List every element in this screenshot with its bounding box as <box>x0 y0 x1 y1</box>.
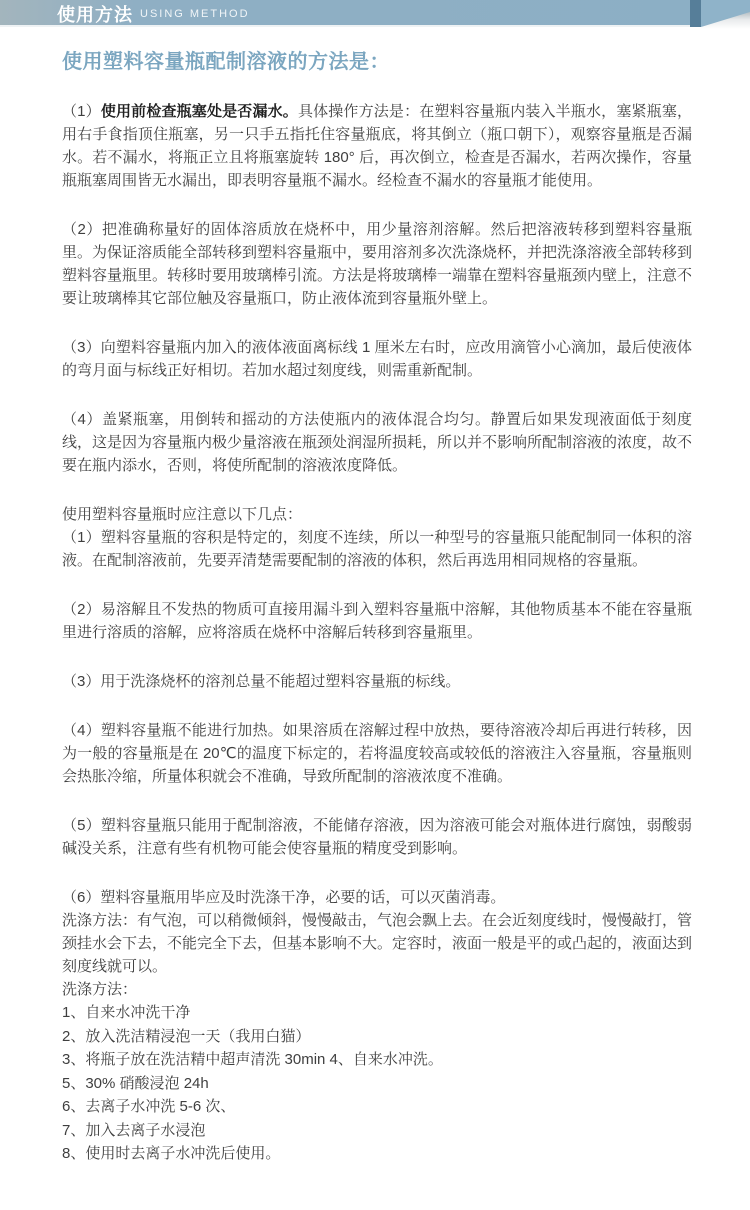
washing-step-5: 5、30% 硝酸浸泡 24h <box>62 1072 692 1096</box>
note-paragraph-5: （5）塑料容量瓶只能用于配制溶液，不能储存溶液，因为溶液可能会对瓶体进行腐蚀，弱… <box>62 814 692 860</box>
banner-title: 使用方法 <box>57 1 133 27</box>
method-paragraph-1: （1）使用前检查瓶塞处是否漏水。具体操作方法是：在塑料容量瓶内装入半瓶水，塞紧瓶… <box>62 100 692 192</box>
method-paragraph-4: （4）盖紧瓶塞，用倒转和摇动的方法使瓶内的液体混合均匀。静置后如果发现液面低于刻… <box>62 408 692 477</box>
notes-section: 使用塑料容量瓶时应注意以下几点： （1）塑料容量瓶的容积是特定的，刻度不连续，所… <box>62 503 692 1001</box>
method-paragraph-3: （3）向塑料容量瓶内加入的液体液面离标线 1 厘米左右时，应改用滴管小心滴加，最… <box>62 336 692 382</box>
banner-text: 使用方法 USING METHOD <box>57 0 250 27</box>
notes-intro: 使用塑料容量瓶时应注意以下几点： <box>62 503 692 526</box>
washing-step-3: 3、将瓶子放在洗洁精中超声清洗 30min 4、自来水冲洗。 <box>62 1048 692 1072</box>
method-steps-section: （1）使用前检查瓶塞处是否漏水。具体操作方法是：在塑料容量瓶内装入半瓶水，塞紧瓶… <box>62 100 692 477</box>
washing-method-paragraph: 洗涤方法：有气泡，可以稍微倾斜，慢慢敲击，气泡会飘上去。在会近刻度线时，慢慢敲打… <box>62 909 692 978</box>
banner-subtitle: USING METHOD <box>140 8 250 20</box>
washing-step-8: 8、使用时去离子水冲洗后使用。 <box>62 1142 692 1166</box>
page-fold-icon <box>690 0 750 29</box>
section-banner: 使用方法 USING METHOD <box>0 0 750 27</box>
description-content: 使用塑料容量瓶配制溶液的方法是： （1）使用前检查瓶塞处是否漏水。具体操作方法是… <box>0 27 750 1196</box>
washing-step-2: 2、放入洗洁精浸泡一天（我用白猫） <box>62 1025 692 1049</box>
note-paragraph-1: （1）塑料容量瓶的容积是特定的，刻度不连续，所以一种型号的容量瓶只能配制同一体积… <box>62 526 692 572</box>
method-paragraph-2: （2）把准确称量好的固体溶质放在烧杯中，用少量溶剂溶解。然后把溶液转移到塑料容量… <box>62 218 692 310</box>
washing-step-6: 6、去离子水冲洗 5-6 次、 <box>62 1095 692 1119</box>
page-title: 使用塑料容量瓶配制溶液的方法是： <box>62 45 692 74</box>
note-paragraph-4: （4）塑料容量瓶不能进行加热。如果溶质在溶解过程中放热，要待溶液冷却后再进行转移… <box>62 719 692 788</box>
washing-method-label: 洗涤方法： <box>62 978 692 1001</box>
washing-step-7: 7、加入去离子水浸泡 <box>62 1119 692 1143</box>
washing-step-1: 1、自来水冲洗干净 <box>62 1001 692 1025</box>
washing-step-list: 1、自来水冲洗干净 2、放入洗洁精浸泡一天（我用白猫） 3、将瓶子放在洗洁精中超… <box>62 1001 692 1166</box>
note-paragraph-2: （2）易溶解且不发热的物质可直接用漏斗到入塑料容量瓶中溶解，其他物质基本不能在容… <box>62 598 692 644</box>
note-paragraph-6: （6）塑料容量瓶用毕应及时洗涤干净，必要的话，可以灭菌消毒。 <box>62 886 692 909</box>
note-paragraph-3: （3）用于洗涤烧杯的溶剂总量不能超过塑料容量瓶的标线。 <box>62 670 692 693</box>
